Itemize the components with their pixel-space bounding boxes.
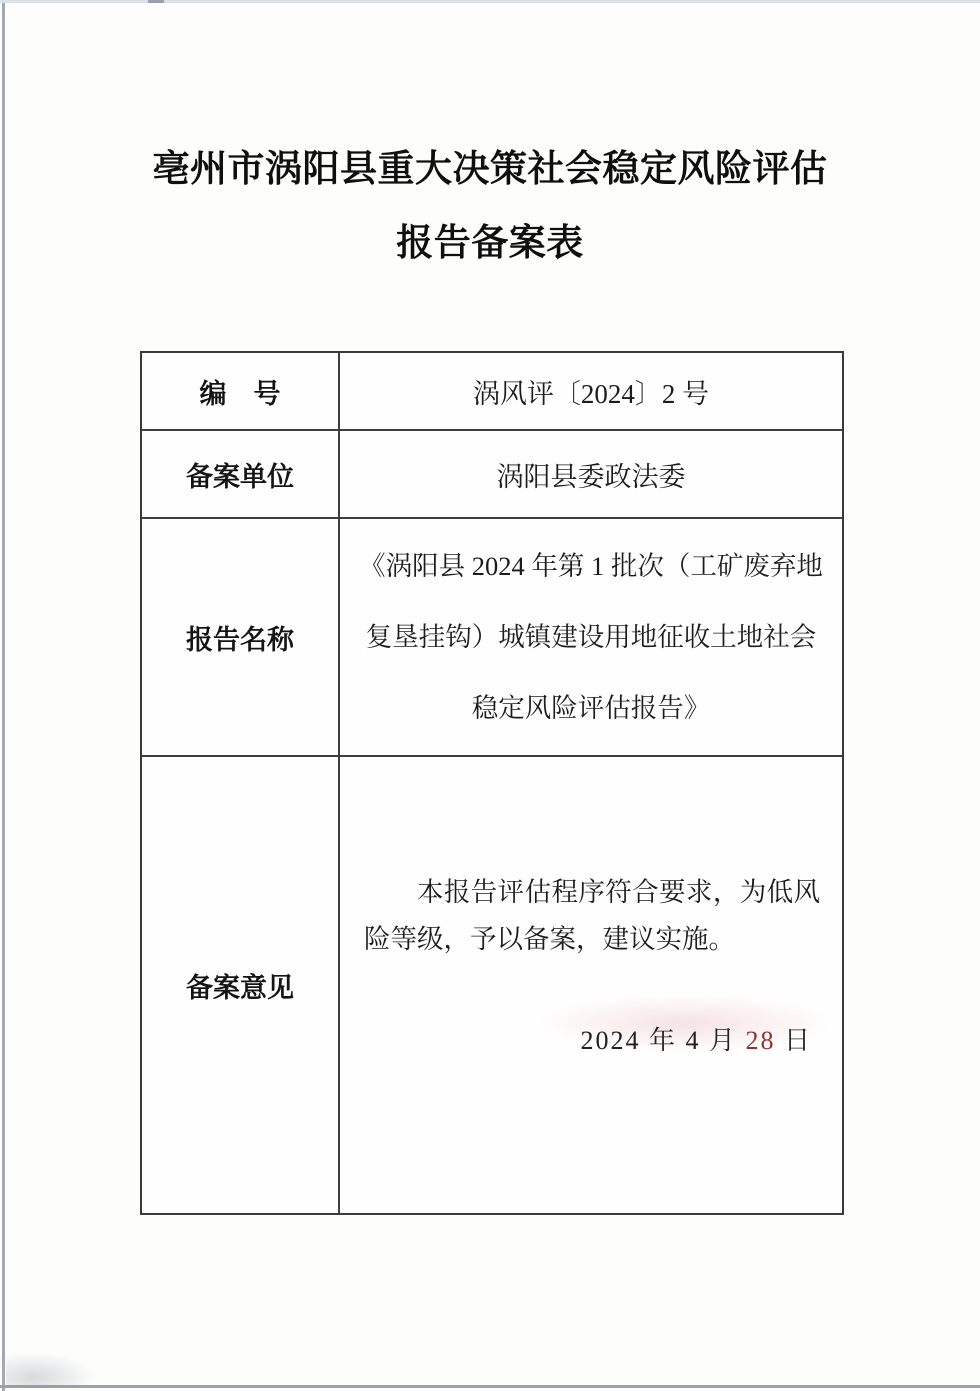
row-filing-unit-value: 涡阳县委政法委 [340,431,842,519]
scan-smudge-bottom-left [6,1352,96,1388]
filing-table: 编 号 涡风评〔2024〕2 号 备案单位 涡阳县委政法委 报告名称 《涡阳县 … [140,351,844,1215]
opinion-date-day: 28 [745,1026,775,1055]
row-filing-unit-label: 备案单位 [142,431,340,519]
row-report-name-label: 报告名称 [142,519,340,757]
opinion-text: 本报告评估程序符合要求，为低风险等级，予以备案，建议实施。 [364,869,820,963]
opinion-date: 2024 年 4 月 28 日 [364,1017,820,1064]
scan-edge-left [2,0,5,1391]
opinion-date-suffix: 日 [775,1026,812,1055]
document-title-line1: 亳州市涡阳县重大决策社会稳定风险评估 [0,138,980,192]
row-report-name-value: 《涡阳县 2024 年第 1 批次（工矿废弃地复垦挂钩）城镇建设用地征收土地社会… [340,519,842,757]
document-title-line2: 报告备案表 [0,212,980,266]
row-opinion-label: 备案意见 [142,757,340,1213]
row-number-value: 涡风评〔2024〕2 号 [340,353,842,431]
scan-edge-top [0,0,980,3]
opinion-date-prefix: 2024 年 4 月 [580,1026,745,1055]
scan-speck [148,0,164,3]
row-number-label: 编 号 [142,353,340,431]
scan-edge-bottom [0,1385,980,1388]
scanned-document-page: 亳州市涡阳县重大决策社会稳定风险评估 报告备案表 编 号 涡风评〔2024〕2 … [0,0,980,1391]
row-opinion-cell: 本报告评估程序符合要求，为低风险等级，予以备案，建议实施。 2024 年 4 月… [340,757,842,1213]
